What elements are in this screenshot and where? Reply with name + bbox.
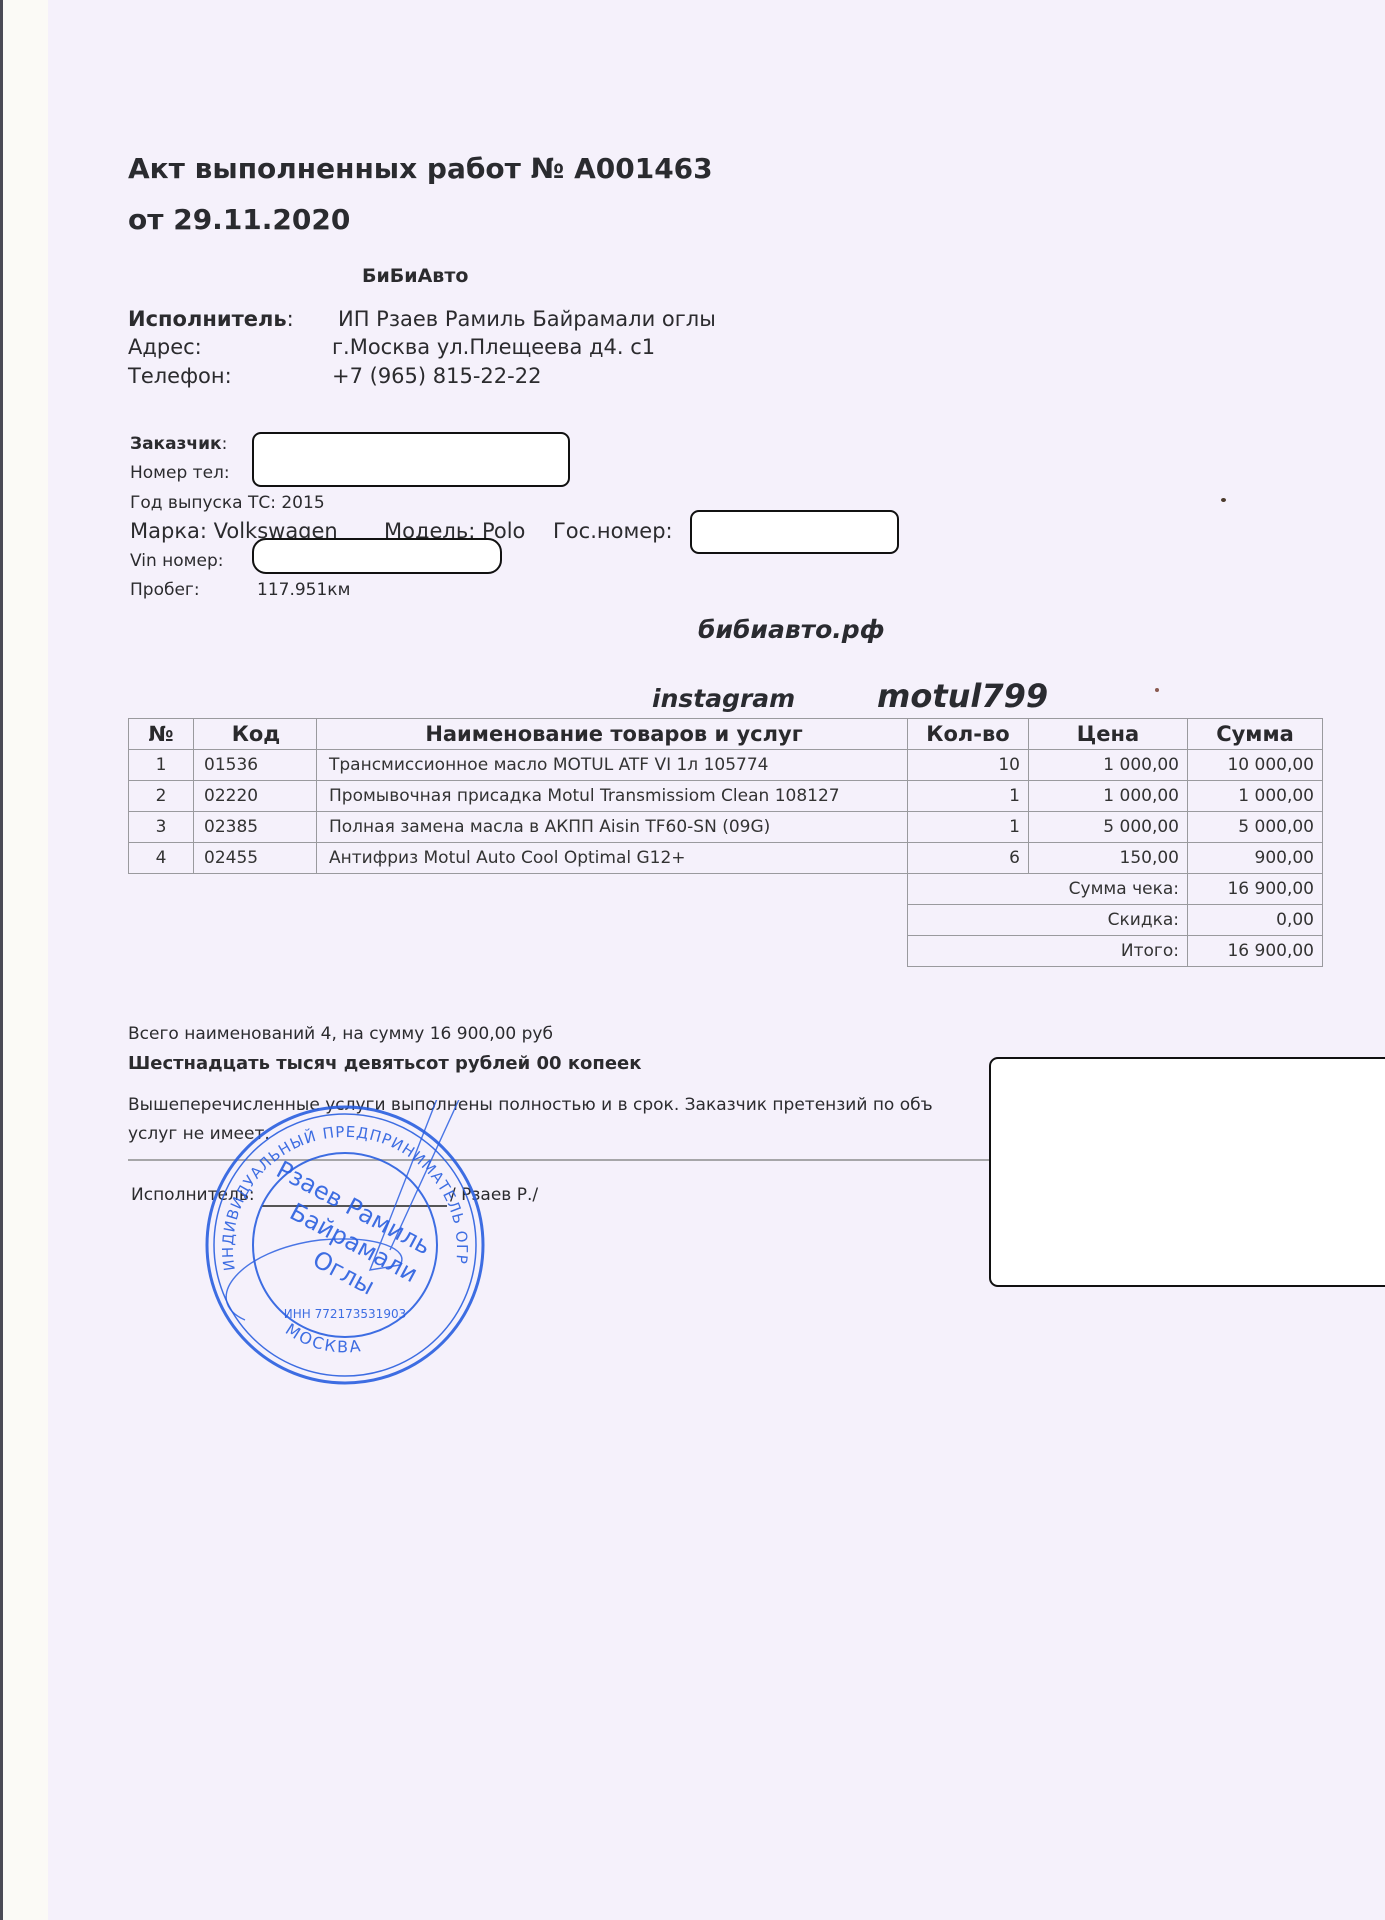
col-header-name: Наименование товаров и услуг [317, 719, 908, 750]
summary-value: 0,00 [1188, 905, 1323, 936]
amount-in-words: Шестнадцать тысяч девятьсот рублей 00 ко… [128, 1053, 641, 1074]
stamp-inn: ИНН 772173531903 [284, 1307, 406, 1321]
cell-code: 01536 [194, 750, 317, 781]
summary-value: 16 900,00 [1188, 874, 1323, 905]
summary-row-subtotal: Сумма чека: 16 900,00 [129, 874, 1323, 905]
summary-value: 16 900,00 [1188, 936, 1323, 967]
table-row: 2 02220 Промывочная присадка Motul Trans… [129, 781, 1323, 812]
cell-num: 4 [129, 843, 194, 874]
scan-speck [1221, 498, 1226, 502]
document-title: Акт выполненных работ № А001463 [128, 152, 713, 185]
table-header-row: № Код Наименование товаров и услуг Кол-в… [129, 719, 1323, 750]
cell-name: Полная замена масла в АКПП Aisin TF60-SN… [317, 812, 908, 843]
cell-price: 5 000,00 [1029, 812, 1188, 843]
summary-row-total: Итого: 16 900,00 [129, 936, 1323, 967]
scan-margin [3, 0, 48, 1920]
table-row: 4 02455 Антифриз Motul Auto Cool Optimal… [129, 843, 1323, 874]
cell-code: 02455 [194, 843, 317, 874]
website-text: бибиавто.рф [698, 615, 885, 644]
customer-label: Заказчик: [130, 434, 227, 454]
summary-label: Скидка: [908, 905, 1188, 936]
cell-sum: 5 000,00 [1188, 812, 1323, 843]
items-table: № Код Наименование товаров и услуг Кол-в… [128, 718, 1323, 967]
mileage-value: 117.951км [257, 580, 350, 600]
cell-price: 1 000,00 [1029, 750, 1188, 781]
cell-price: 150,00 [1029, 843, 1188, 874]
cell-num: 3 [129, 812, 194, 843]
vin-label: Vin номер: [130, 551, 223, 571]
redacted-plate-box [690, 510, 899, 554]
cell-name: Трансмиссионное масло MOTUL ATF VI 1л 10… [317, 750, 908, 781]
cell-sum: 1 000,00 [1188, 781, 1323, 812]
scan-speck [1155, 688, 1159, 692]
address-value: г.Москва ул.Плещеева д4. с1 [332, 335, 655, 359]
col-header-qty: Кол-во [908, 719, 1029, 750]
cell-code: 02220 [194, 781, 317, 812]
col-header-num: № [129, 719, 194, 750]
col-header-price: Цена [1029, 719, 1188, 750]
cell-qty: 1 [908, 812, 1029, 843]
col-header-sum: Сумма [1188, 719, 1323, 750]
plate-label: Гос.номер: [553, 519, 673, 543]
total-items-line: Всего наименований 4, на сумму 16 900,00… [128, 1024, 553, 1044]
executor-value: ИП Рзаев Рамиль Байрамали оглы [338, 307, 716, 331]
cell-code: 02385 [194, 812, 317, 843]
cell-sum: 900,00 [1188, 843, 1323, 874]
mileage-label: Пробег: [130, 580, 200, 600]
cell-name: Антифриз Motul Auto Cool Optimal G12+ [317, 843, 908, 874]
svg-text:МОСКВА: МОСКВА [282, 1320, 363, 1357]
vehicle-year: Год выпуска ТС: 2015 [130, 493, 325, 513]
cell-name: Промывочная присадка Motul Transmissiom … [317, 781, 908, 812]
redacted-customer-signature-box [989, 1057, 1385, 1287]
instagram-handle: motul799 [877, 677, 1048, 715]
table-row: 3 02385 Полная замена масла в АКПП Aisin… [129, 812, 1323, 843]
cell-num: 1 [129, 750, 194, 781]
cell-qty: 1 [908, 781, 1029, 812]
table-row: 1 01536 Трансмиссионное масло MOTUL ATF … [129, 750, 1323, 781]
address-label: Адрес: [128, 335, 202, 359]
redacted-customer-box [252, 432, 570, 487]
cell-qty: 6 [908, 843, 1029, 874]
cell-sum: 10 000,00 [1188, 750, 1323, 781]
phone-label: Телефон: [128, 364, 232, 388]
cell-qty: 10 [908, 750, 1029, 781]
cell-price: 1 000,00 [1029, 781, 1188, 812]
company-stamp: ИНДИВИДУАЛЬНЫЙ ПРЕДПРИНИМАТЕЛЬ ОГРНИП 31… [200, 1100, 490, 1390]
executor-label: Исполнитель: [128, 307, 294, 331]
col-header-code: Код [194, 719, 317, 750]
redacted-vin-box [252, 538, 502, 574]
instagram-label: instagram [652, 684, 795, 713]
company-name: БиБиАвто [362, 265, 468, 287]
document-date: от 29.11.2020 [128, 203, 350, 236]
phone-value: +7 (965) 815-22-22 [332, 364, 541, 388]
customer-phone-label: Номер тел: [130, 463, 230, 483]
cell-num: 2 [129, 781, 194, 812]
summary-label: Сумма чека: [908, 874, 1188, 905]
summary-label: Итого: [908, 936, 1188, 967]
summary-row-discount: Скидка: 0,00 [129, 905, 1323, 936]
stamp-city: МОСКВА [282, 1320, 363, 1357]
